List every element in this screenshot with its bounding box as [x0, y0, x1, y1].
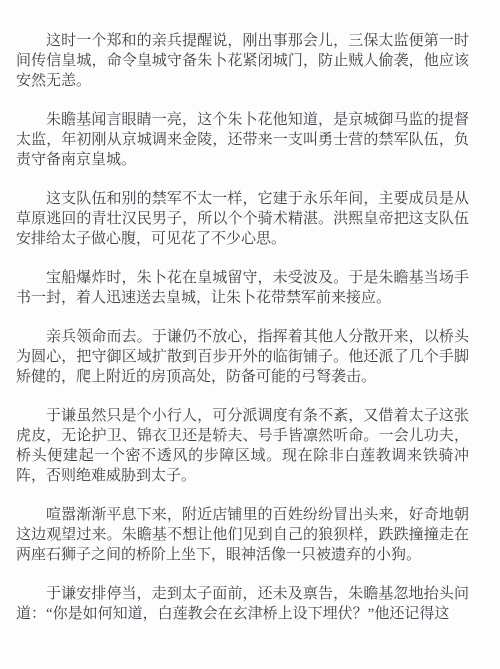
paragraph-8: 于谦安排停当，走到太子面前，还未及禀告，朱瞻基忽地抬头问道：“你是如何知道，白莲… [16, 584, 469, 624]
paragraph-4: 宝船爆炸时，朱卜花在皇城留守，未受波及。于是朱瞻基当场手书一封，着人迅速送去皇城… [16, 268, 469, 308]
paragraph-1: 这时一个郑和的亲兵提醒说，刚出事那会儿，三保太监便第一时间传信皇城，命令皇城守备… [16, 31, 469, 91]
novel-text-body: 这时一个郑和的亲兵提醒说，刚出事那会儿，三保太监便第一时间传信皇城，命令皇城守备… [16, 31, 469, 624]
text-page: 这时一个郑和的亲兵提醒说，刚出事那会儿，三保太监便第一时间传信皇城，命令皇城守备… [0, 0, 500, 669]
paragraph-5: 亲兵领命而去。于谦仍不放心，指挥着其他人分散开来，以桥头为圆心，把守御区域扩散到… [16, 327, 469, 387]
paragraph-6: 于谦虽然只是个小行人，可分派调度有条不紊，又借着太子这张虎皮，无论护卫、锦衣卫还… [16, 406, 469, 486]
paragraph-2: 朱瞻基闻言眼睛一亮，这个朱卜花他知道，是京城御马监的提督太监，年初刚从京城调来金… [16, 110, 469, 170]
paragraph-7: 喧嚣渐渐平息下来，附近店铺里的百姓纷纷冒出头来，好奇地朝这边观望过来。朱瞻基不想… [16, 505, 469, 565]
paragraph-3: 这支队伍和别的禁军不太一样，它建于永乐年间，主要成员是从草原逃回的青壮汉民男子，… [16, 189, 469, 249]
